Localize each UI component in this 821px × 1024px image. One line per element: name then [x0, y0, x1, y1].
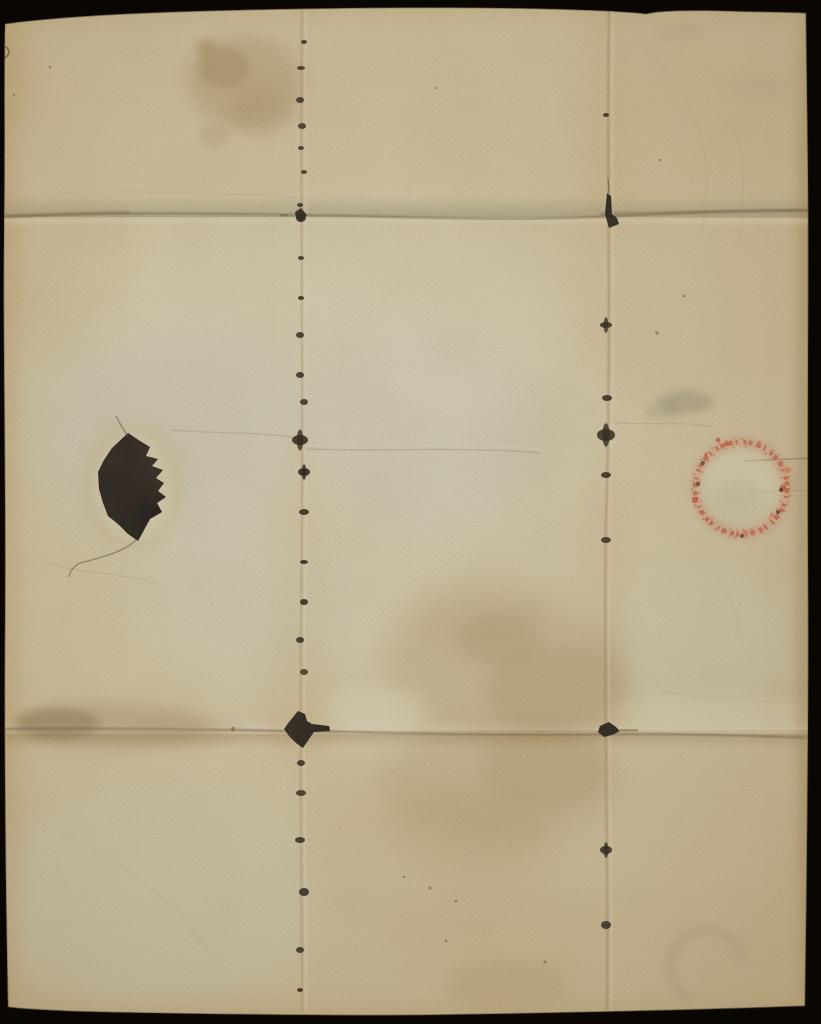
scan-stage: [0, 0, 821, 1024]
paper-surface: [0, 0, 821, 1024]
scanned-letter-page: [0, 0, 821, 1024]
grain-light-texture: [0, 0, 821, 1024]
